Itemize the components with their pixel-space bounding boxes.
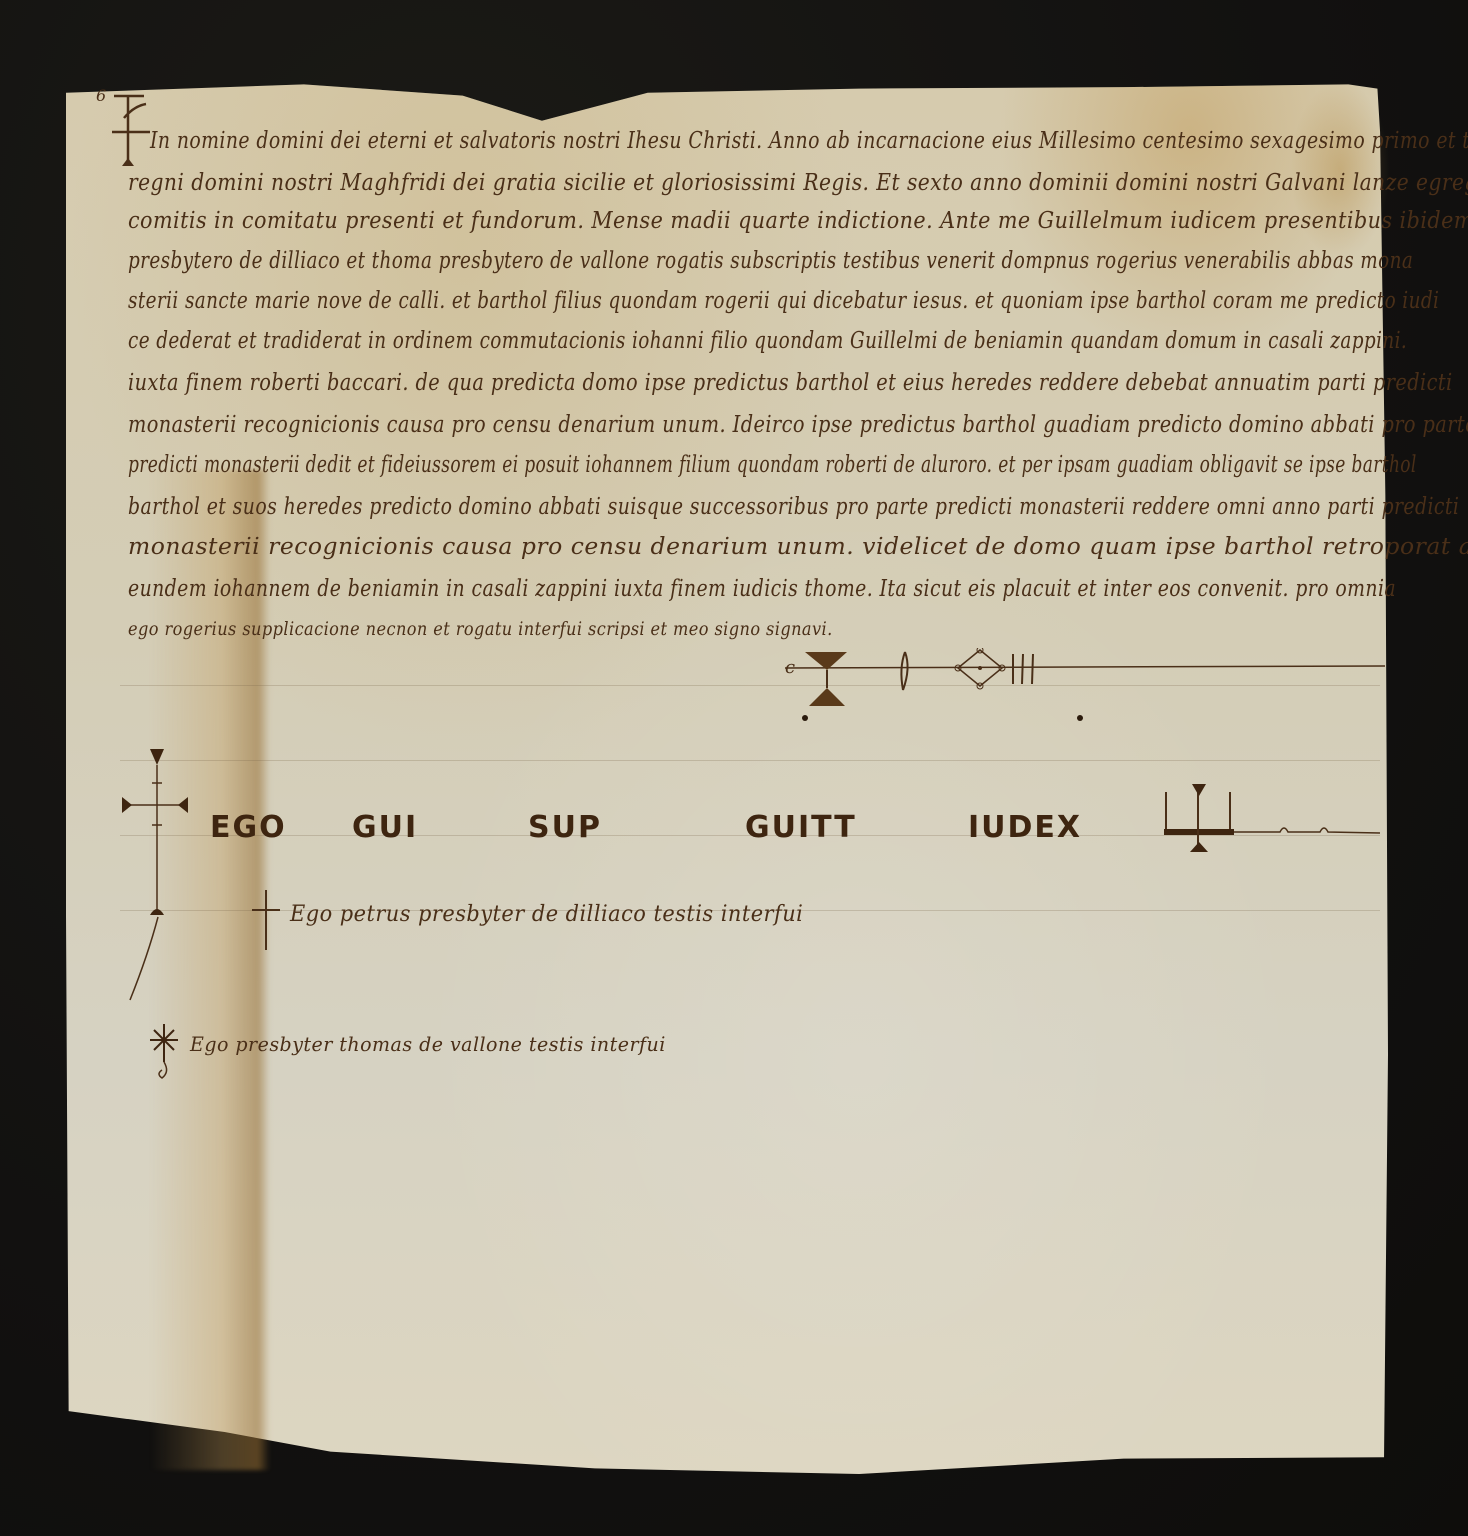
body-line: ego rogerius supplicacione necnon et rog… <box>128 618 833 640</box>
judge-monogram-icon <box>1160 780 1380 860</box>
body-line: comitis in comitatu presenti et fundorum… <box>128 208 1468 234</box>
body-line: monasterii recognicionis causa pro censu… <box>128 412 1468 438</box>
body-line: eundem iohannem de beniamin in casali za… <box>128 576 1396 602</box>
witness-subscription-petrus: Ego petrus presbyter de dilliaco testis … <box>290 902 803 927</box>
judge-subscription-word: EGO <box>210 810 287 845</box>
body-line: presbytero de dilliaco et thoma presbyte… <box>128 248 1413 274</box>
hourglass-signum-icon <box>802 652 847 721</box>
loop-stroke-icon <box>901 652 907 690</box>
marginal-note: 6 <box>96 86 107 105</box>
body-line: predicti monasterii dedit et fideiussore… <box>128 452 1417 478</box>
witness-cross-icon <box>252 890 280 950</box>
svg-text:c: c <box>785 657 795 678</box>
diamond-knot-signum-icon <box>955 648 1005 689</box>
chrismon-initial-icon <box>110 92 150 172</box>
body-line: In nomine domini dei eterni et salvatori… <box>150 128 1468 154</box>
judge-subscription-word: IUDEX <box>968 810 1082 845</box>
ruling-line <box>120 760 1380 761</box>
judge-subscription-word: SUP <box>528 810 602 845</box>
body-line: sterii sancte marie nove de calli. et ba… <box>128 288 1439 314</box>
judge-cross-signum-icon <box>118 745 188 1015</box>
body-line: regni domini nostri Maghfridi dei gratia… <box>128 170 1468 196</box>
witness-star-cross-icon <box>148 1022 180 1082</box>
body-line: iuxta finem roberti baccari. de qua pred… <box>128 370 1453 396</box>
judge-subscription-word: GUI <box>352 810 418 845</box>
triple-stroke-icon <box>1013 654 1033 684</box>
body-line: barthol et suos heredes predicto domino … <box>128 494 1459 520</box>
body-line: monasterii recognicionis causa pro censu… <box>128 534 1468 560</box>
body-line: ce dederat et tradiderat in ordinem comm… <box>128 328 1407 354</box>
judge-subscription-word: GUITT <box>745 810 857 845</box>
witness-subscription-thomas: Ego presbyter thomas de vallone testis i… <box>190 1032 666 1056</box>
notary-signum: c <box>785 648 1385 728</box>
